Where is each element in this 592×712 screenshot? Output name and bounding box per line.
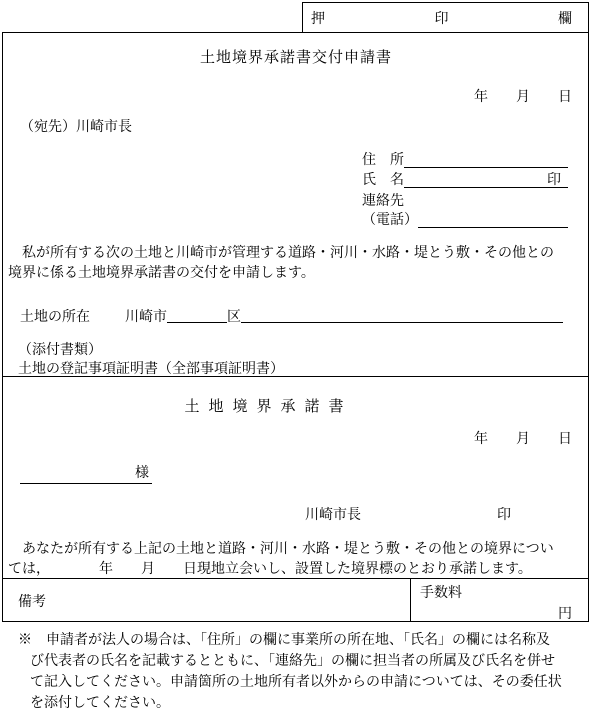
application-date-line: 年 月 日 xyxy=(0,86,592,106)
land-location-ward-suffix: 区 xyxy=(227,306,241,323)
application-body-line2: 境界に係る土地境界承諾書の交付を申請します。 xyxy=(8,264,584,284)
remarks-row-divider xyxy=(2,578,589,579)
consent-signer: 川崎市長 xyxy=(305,504,361,524)
consent-body-line2: ては， 年 月 日現地立会いし、設置した境界標のとおり承諾します。 xyxy=(8,560,588,580)
land-location-city: 川崎市 xyxy=(125,306,167,323)
application-addressee: （宛先）川崎市長 xyxy=(20,116,132,136)
land-boundary-form-page: 押 印 欄 土地境界承諾書交付申請書 年 月 日 （宛先）川崎市長 住 所 氏 … xyxy=(0,0,592,712)
address-field-blank xyxy=(404,149,568,168)
attachments-heading: （添付書類） xyxy=(18,339,102,359)
phone-field-row: （電話） xyxy=(362,209,568,228)
address-field-label: 住 所 xyxy=(362,149,404,168)
name-field-label: 氏 名 xyxy=(362,169,404,188)
name-field-blank: 印 xyxy=(404,169,568,188)
application-section-border xyxy=(2,32,589,377)
fee-unit: 円 xyxy=(558,603,572,623)
name-seal-mark: 印 xyxy=(547,173,561,188)
attachments-item: 土地の登記事項証明書（全部事項証明書） xyxy=(18,358,284,378)
remarks-label: 備考 xyxy=(18,591,46,611)
seal-stamp-box: 押 印 欄 xyxy=(302,2,589,33)
consent-addressee-blank: 様 xyxy=(20,464,152,484)
stamp-box-char-seal: 印 xyxy=(435,8,449,28)
fee-label: 手数料 xyxy=(420,582,462,602)
consent-body: あなたが所有する上記の土地と道路・河川・水路・堤とう敷・その他との境界につい て… xyxy=(8,540,588,580)
stamp-box-char-press: 押 xyxy=(311,8,325,28)
consent-date-line: 年 月 日 xyxy=(0,428,592,448)
footnote-line1: ※ 申請者が法人の場合は、「住所」の欄に事業所の所在地、「氏名」の欄には名称及 xyxy=(18,630,590,651)
stamp-box-char-column: 欄 xyxy=(558,8,572,28)
application-title: 土地境界承諾書交付申請書 xyxy=(0,46,592,67)
address-field-row: 住 所 xyxy=(362,149,568,168)
application-body-line1: 私が所有する次の土地と川崎市が管理する道路・河川・水路・堤とう敷・その他との xyxy=(8,244,584,264)
footnote-line3: て記入してください。申請箇所の土地所有者以外からの申請については、その委任状 xyxy=(18,672,590,693)
consent-body-line1: あなたが所有する上記の土地と道路・河川・水路・堤とう敷・その他との境界につい xyxy=(8,540,588,560)
land-location-label: 土地の所在 xyxy=(20,306,90,323)
consent-addressee-suffix: 様 xyxy=(135,466,149,481)
footnote-line4: を添付してください。 xyxy=(18,693,590,712)
name-field-row: 氏 名 印 xyxy=(362,169,568,188)
consent-title: 土地境界承諾書 xyxy=(0,395,537,416)
land-location-ward-blank xyxy=(241,306,563,323)
land-location-city-blank xyxy=(167,306,227,323)
phone-field-blank xyxy=(418,209,568,228)
footnote-line2: び代表者の氏名を記載するとともに、「連絡先」の欄に担当者の所属及び氏名を併せ xyxy=(18,651,590,672)
consent-signer-seal: 印 xyxy=(497,504,511,524)
fee-cell-divider xyxy=(410,578,411,622)
land-location-row: 土地の所在 川崎市 区 xyxy=(20,306,563,323)
application-body: 私が所有する次の土地と川崎市が管理する道路・河川・水路・堤とう敷・その他との 境… xyxy=(8,244,584,284)
phone-field-label: （電話） xyxy=(362,209,418,228)
footnote: ※ 申請者が法人の場合は、「住所」の欄に事業所の所在地、「氏名」の欄には名称及 … xyxy=(18,630,590,712)
contact-field-label: 連絡先 xyxy=(362,190,404,210)
